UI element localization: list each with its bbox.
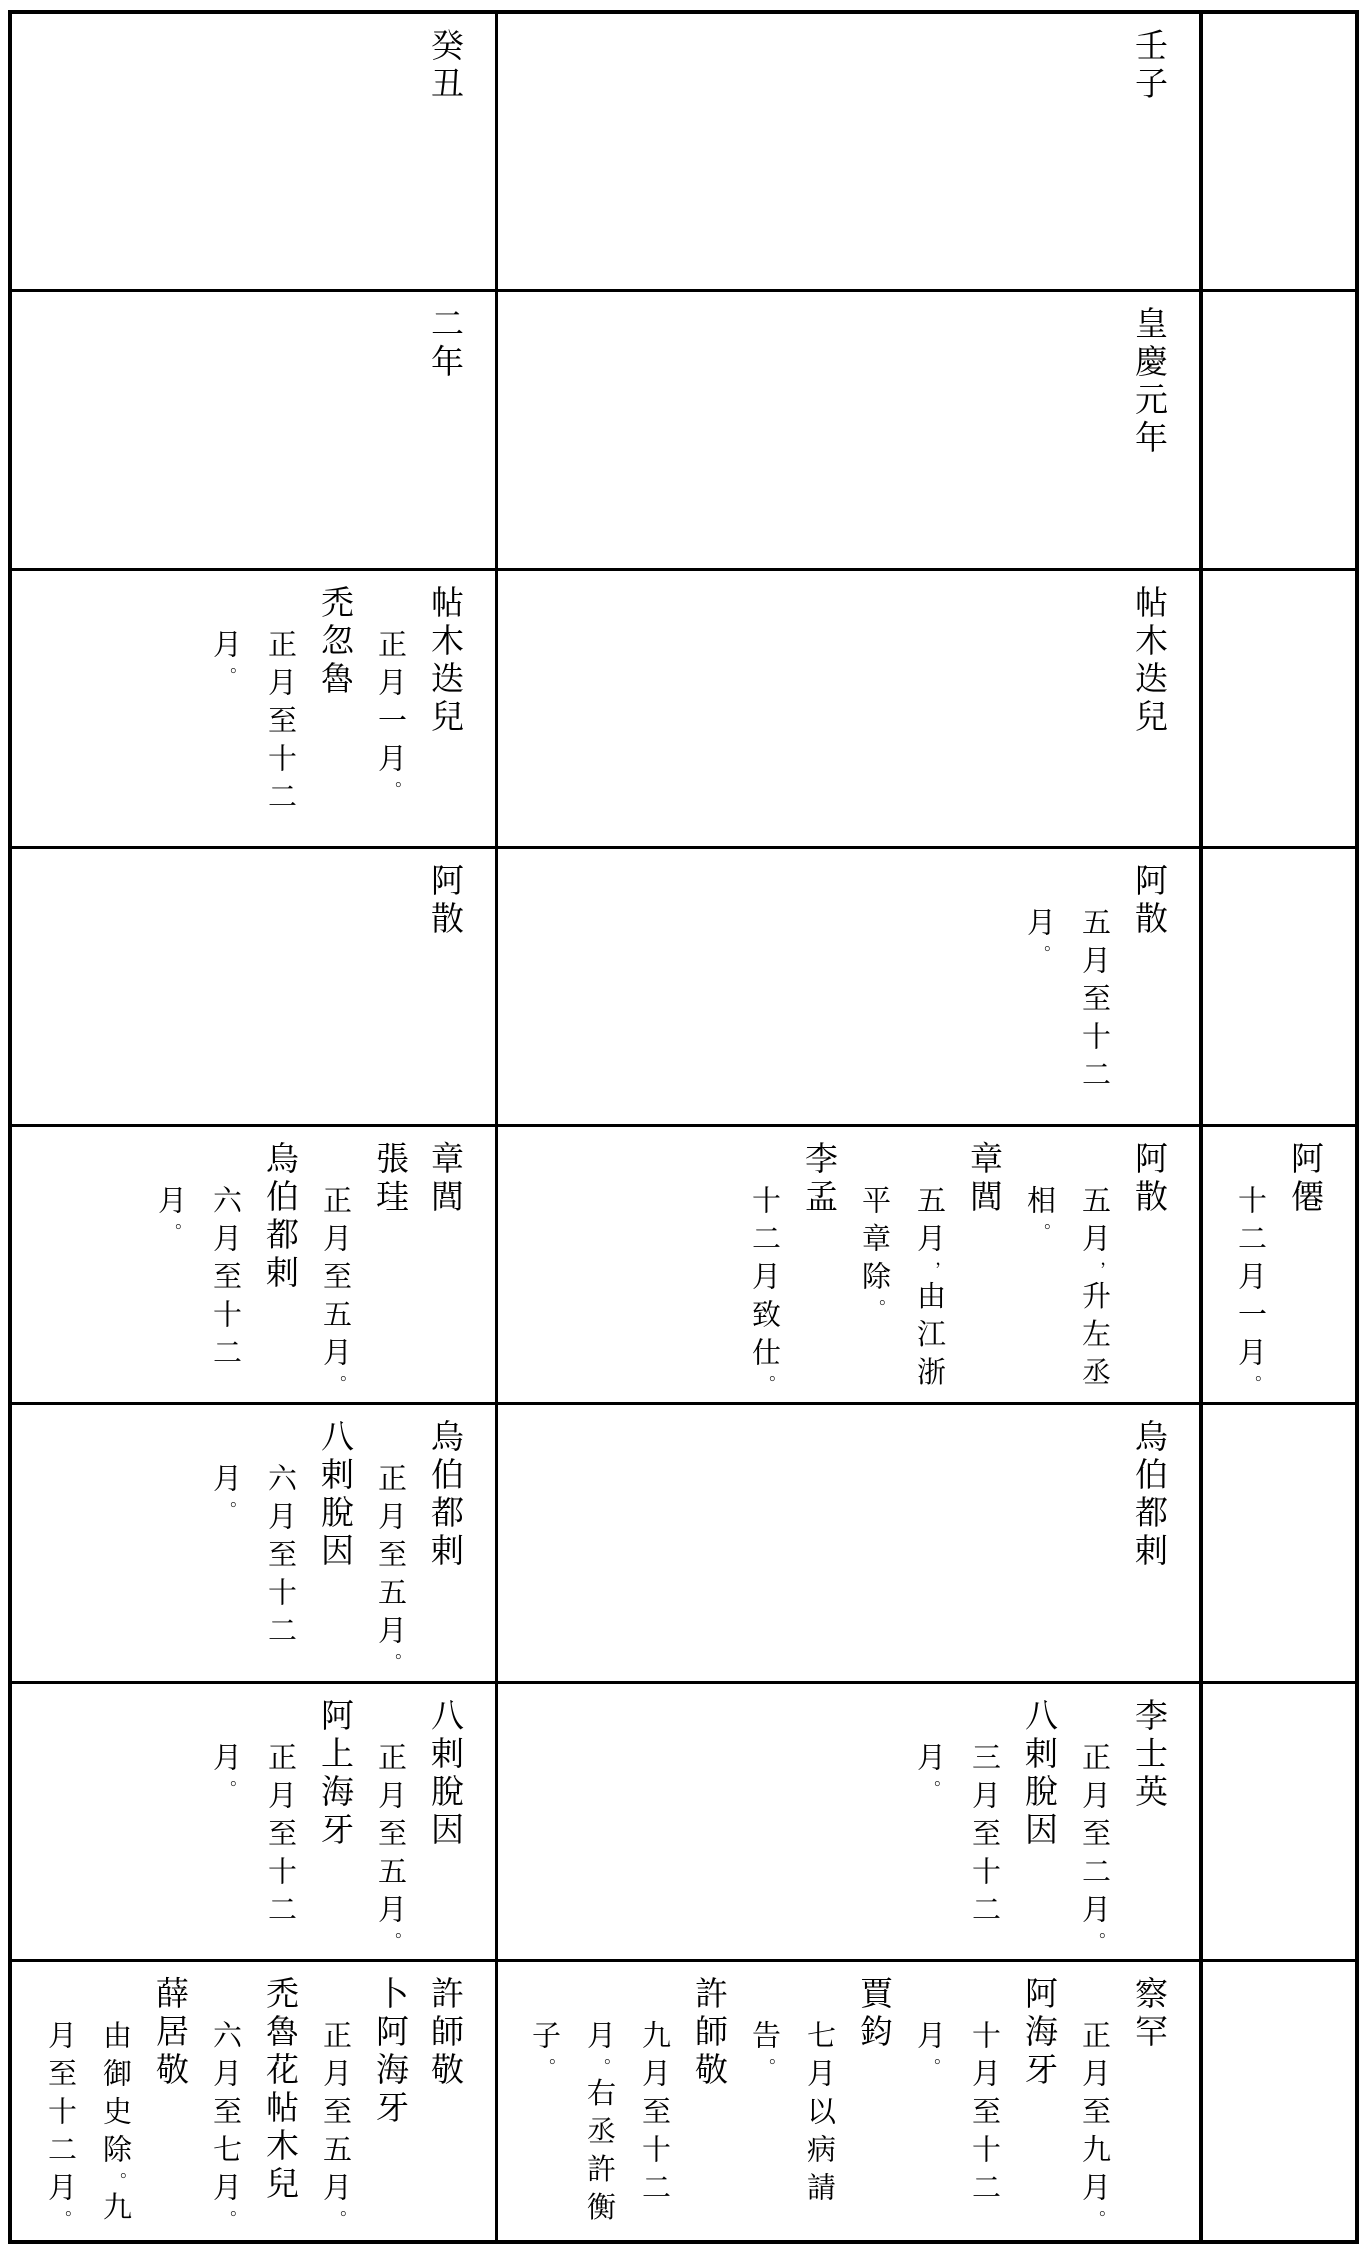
official-name: 阿散 [1122, 1141, 1177, 1217]
tenure-note: 六月至十二 [198, 1185, 253, 1375]
tenure-note: 六月至十二 [253, 1463, 308, 1653]
cell-prior-year [1203, 1684, 1355, 1962]
official-entry: 阿散 五月，升左丞 相。 [1012, 1141, 1177, 1394]
official-entry: 李士英 正月至二月。 [1067, 1698, 1177, 1951]
official-name: 八剌脫因 [1012, 1698, 1067, 1850]
tenure-note: 月。右丞許衡 [572, 2020, 627, 2229]
cell-huangqing-1: 察罕 正月至九月。 阿海牙 十月至十二 月。 賈鈞 七月以病請 告。 許師敬 九… [498, 1962, 1203, 2240]
tenure-note: 正月至九月。 [1067, 2020, 1122, 2229]
cell-huangqing-1: 阿散 五月，升左丞 相。 章閭 五月，由江浙 平章除。 李孟 十二月致仕。 [498, 1127, 1203, 1405]
cell-huangqing-2: 八剌脫因 正月至五月。 阿上海牙 正月至十二 月。 [12, 1684, 498, 1962]
cell-huangqing-1: 烏伯都剌 [498, 1405, 1203, 1683]
official-name: 烏伯都剌 [418, 1419, 473, 1571]
punctuation-mark: 。 [216, 1780, 236, 1799]
official-entry: 阿僊 十二月一月。 [1223, 1141, 1333, 1394]
punctuation-mark: 。 [1030, 945, 1050, 964]
official-entry: 章閭 五月，由江浙 平章除。 [847, 1141, 1012, 1394]
punctuation-mark: ， [1085, 1261, 1105, 1280]
official-name: 許師敬 [682, 1976, 737, 2090]
cell-prior-year [1203, 849, 1355, 1127]
punctuation-mark: 。 [1085, 1932, 1105, 1951]
official-entry: 烏伯都剌 正月至五月。 [363, 1419, 473, 1672]
tenure-note: 五月至十二 [1067, 907, 1122, 1097]
tenure-note: 子。 [517, 2020, 572, 2077]
cell-prior-year [1203, 292, 1355, 570]
punctuation-mark: 。 [216, 667, 236, 686]
official-name: 阿僊 [1278, 1141, 1333, 1217]
official-entry: 烏伯都剌 六月至十二 月。 [143, 1141, 308, 1375]
era-year-label: 皇慶元年 [1122, 306, 1177, 458]
official-entry: 帖木迭兒 正月一月。 [363, 585, 473, 800]
official-entry: 八剌脫因 三月至十二 月。 [902, 1698, 1067, 1932]
official-name: 薛居敬 [143, 1976, 198, 2090]
tenure-note: 六月至七月。 [198, 2020, 253, 2229]
official-entry: 許師敬 [418, 1976, 473, 2090]
punctuation-mark: 。 [216, 1501, 236, 1520]
tenure-note: 十二月一月。 [1223, 1185, 1278, 1394]
era-year-label: 二年 [418, 306, 473, 382]
punctuation-mark: 。 [381, 1653, 401, 1672]
tenure-note: 正月至五月。 [363, 1463, 418, 1672]
official-name: 阿上海牙 [308, 1698, 363, 1850]
official-entry: 八剌脫因 正月至五月。 [363, 1698, 473, 1951]
punctuation-mark: 。 [381, 1932, 401, 1951]
punctuation-mark: 。 [161, 1223, 181, 1242]
tenure-note: 正月至二月。 [1067, 1742, 1122, 1951]
tenure-note: 月。 [902, 1742, 957, 1799]
official-name: 禿魯花帖木兒 [253, 1976, 308, 2204]
official-name: 張珪 [363, 1141, 418, 1217]
tenure-note: 七月以病請 [792, 2020, 847, 2210]
official-name: 八剌脫因 [418, 1698, 473, 1850]
official-name: 章閭 [418, 1141, 473, 1217]
official-entry: 阿海牙 十月至十二 月。 [902, 1976, 1067, 2210]
cell-huangqing-1: 阿散 五月至十二 月。 [498, 849, 1203, 1127]
punctuation-mark: 。 [865, 1299, 885, 1318]
tenure-note: 月。 [143, 1185, 198, 1242]
tenure-note: 三月至十二 [957, 1742, 1012, 1932]
official-entry: 禿魯花帖木兒 六月至七月。 [198, 1976, 308, 2229]
tenure-note: 九月至十二 [627, 2020, 682, 2210]
tenure-note: 由御史除。九 [88, 2020, 143, 2229]
tenure-note: 月。 [1012, 907, 1067, 964]
punctuation-mark: ， [920, 1261, 940, 1280]
punctuation-mark: 。 [590, 2058, 610, 2077]
official-name: 卜阿海牙 [363, 1976, 418, 2128]
tenure-note: 月。 [198, 629, 253, 686]
tenure-note: 正月至五月。 [308, 2020, 363, 2229]
tenure-note: 月。 [198, 1742, 253, 1799]
official-entry: 李孟 十二月致仕。 [737, 1141, 847, 1394]
punctuation-mark: 。 [1241, 1375, 1261, 1394]
tenure-note: 正月至十二 [253, 629, 308, 819]
official-name: 烏伯都剌 [1122, 1419, 1177, 1571]
tenure-note: 正月至十二 [253, 1742, 308, 1932]
cell-huangqing-1: 壬子 [498, 14, 1203, 292]
tenure-note: 月。 [198, 1463, 253, 1520]
official-name: 李士英 [1122, 1698, 1177, 1812]
cell-huangqing-2: 章閭 張珪 正月至五月。 烏伯都剌 六月至十二 月。 [12, 1127, 498, 1405]
cell-prior-year [1203, 1962, 1355, 2240]
official-name: 賈鈞 [847, 1976, 902, 2052]
cyclical-year-label: 癸丑 [418, 28, 473, 104]
tenure-note: 正月至五月。 [308, 1185, 363, 1394]
official-entry: 禿忽魯 正月至十二 月。 [198, 585, 363, 819]
official-name: 阿海牙 [1012, 1976, 1067, 2090]
official-name: 烏伯都剌 [253, 1141, 308, 1293]
tenure-note: 十月至十二 [957, 2020, 1012, 2210]
cell-huangqing-1: 皇慶元年 [498, 292, 1203, 570]
tenure-note: 十二月致仕。 [737, 1185, 792, 1394]
tenure-note: 五月，升左丞 [1067, 1185, 1122, 1394]
official-entry: 阿上海牙 正月至十二 月。 [198, 1698, 363, 1932]
official-name: 章閭 [957, 1141, 1012, 1217]
official-entry: 烏伯都剌 [1122, 1419, 1177, 1571]
official-entry: 許師敬 九月至十二 月。右丞許衡 子。 [517, 1976, 737, 2229]
tenure-note: 正月至五月。 [363, 1742, 418, 1951]
tenure-note: 告。 [737, 2020, 792, 2077]
cell-huangqing-1: 帖木迭兒 [498, 571, 1203, 849]
official-name: 察罕 [1122, 1976, 1177, 2052]
punctuation-mark: 。 [326, 1375, 346, 1394]
official-name: 帖木迭兒 [418, 585, 473, 737]
cell-prior-year: 阿僊 十二月一月。 [1203, 1127, 1355, 1405]
cell-huangqing-1: 李士英 正月至二月。 八剌脫因 三月至十二 月。 [498, 1684, 1203, 1962]
official-entry: 章閭 [418, 1141, 473, 1217]
official-entry: 張珪 正月至五月。 [308, 1141, 418, 1394]
tenure-note: 正月一月。 [363, 629, 418, 800]
tenure-note: 相。 [1012, 1185, 1067, 1242]
official-name: 阿散 [418, 863, 473, 939]
official-name: 李孟 [792, 1141, 847, 1217]
official-entry: 阿散 [418, 863, 473, 939]
punctuation-mark: 。 [1030, 1223, 1050, 1242]
punctuation-mark: 。 [920, 2058, 940, 2077]
official-entry: 察罕 正月至九月。 [1067, 1976, 1177, 2229]
cell-huangqing-2: 阿散 [12, 849, 498, 1127]
chancellors-year-table: 癸丑 壬子 二年 皇慶元年 帖木迭兒 正月 [8, 10, 1359, 2244]
cell-prior-year [1203, 1405, 1355, 1683]
tenure-note: 月至十二月。 [33, 2020, 88, 2229]
tenure-note: 五月，由江浙 [902, 1185, 957, 1394]
punctuation-mark: 。 [381, 781, 401, 800]
cell-huangqing-2: 許師敬 卜阿海牙 正月至五月。 禿魯花帖木兒 六月至七月。 薛居敬 由御史除。九… [12, 1962, 498, 2240]
official-entry: 薛居敬 由御史除。九 月至十二月。 [33, 1976, 198, 2229]
official-entry: 阿散 五月至十二 月。 [1012, 863, 1177, 1097]
punctuation-mark: 。 [755, 1375, 775, 1394]
cyclical-year-label: 壬子 [1122, 28, 1177, 104]
official-name: 阿散 [1122, 863, 1177, 939]
punctuation-mark: 。 [106, 2172, 126, 2191]
official-entry: 帖木迭兒 [1122, 585, 1177, 737]
official-name: 許師敬 [418, 1976, 473, 2090]
punctuation-mark: 。 [51, 2210, 71, 2229]
cell-prior-year [1203, 571, 1355, 849]
punctuation-mark: 。 [920, 1780, 940, 1799]
official-name: 八剌脫因 [308, 1419, 363, 1571]
cell-huangqing-2: 帖木迭兒 正月一月。 禿忽魯 正月至十二 月。 [12, 571, 498, 849]
official-entry: 賈鈞 七月以病請 告。 [737, 1976, 902, 2210]
tenure-note: 月。 [902, 2020, 957, 2077]
cell-huangqing-2: 癸丑 [12, 14, 498, 292]
official-entry: 八剌脫因 六月至十二 月。 [198, 1419, 363, 1653]
punctuation-mark: 。 [1085, 2210, 1105, 2229]
cell-prior-year [1203, 14, 1355, 292]
punctuation-mark: 。 [755, 2058, 775, 2077]
cell-huangqing-2: 二年 [12, 292, 498, 570]
cell-huangqing-2: 烏伯都剌 正月至五月。 八剌脫因 六月至十二 月。 [12, 1405, 498, 1683]
punctuation-mark: 。 [326, 2210, 346, 2229]
official-entry: 卜阿海牙 正月至五月。 [308, 1976, 418, 2229]
punctuation-mark: 。 [216, 2210, 236, 2229]
official-name: 禿忽魯 [308, 585, 363, 699]
official-name: 帖木迭兒 [1122, 585, 1177, 737]
punctuation-mark: 。 [535, 2058, 555, 2077]
tenure-note: 平章除。 [847, 1185, 902, 1318]
